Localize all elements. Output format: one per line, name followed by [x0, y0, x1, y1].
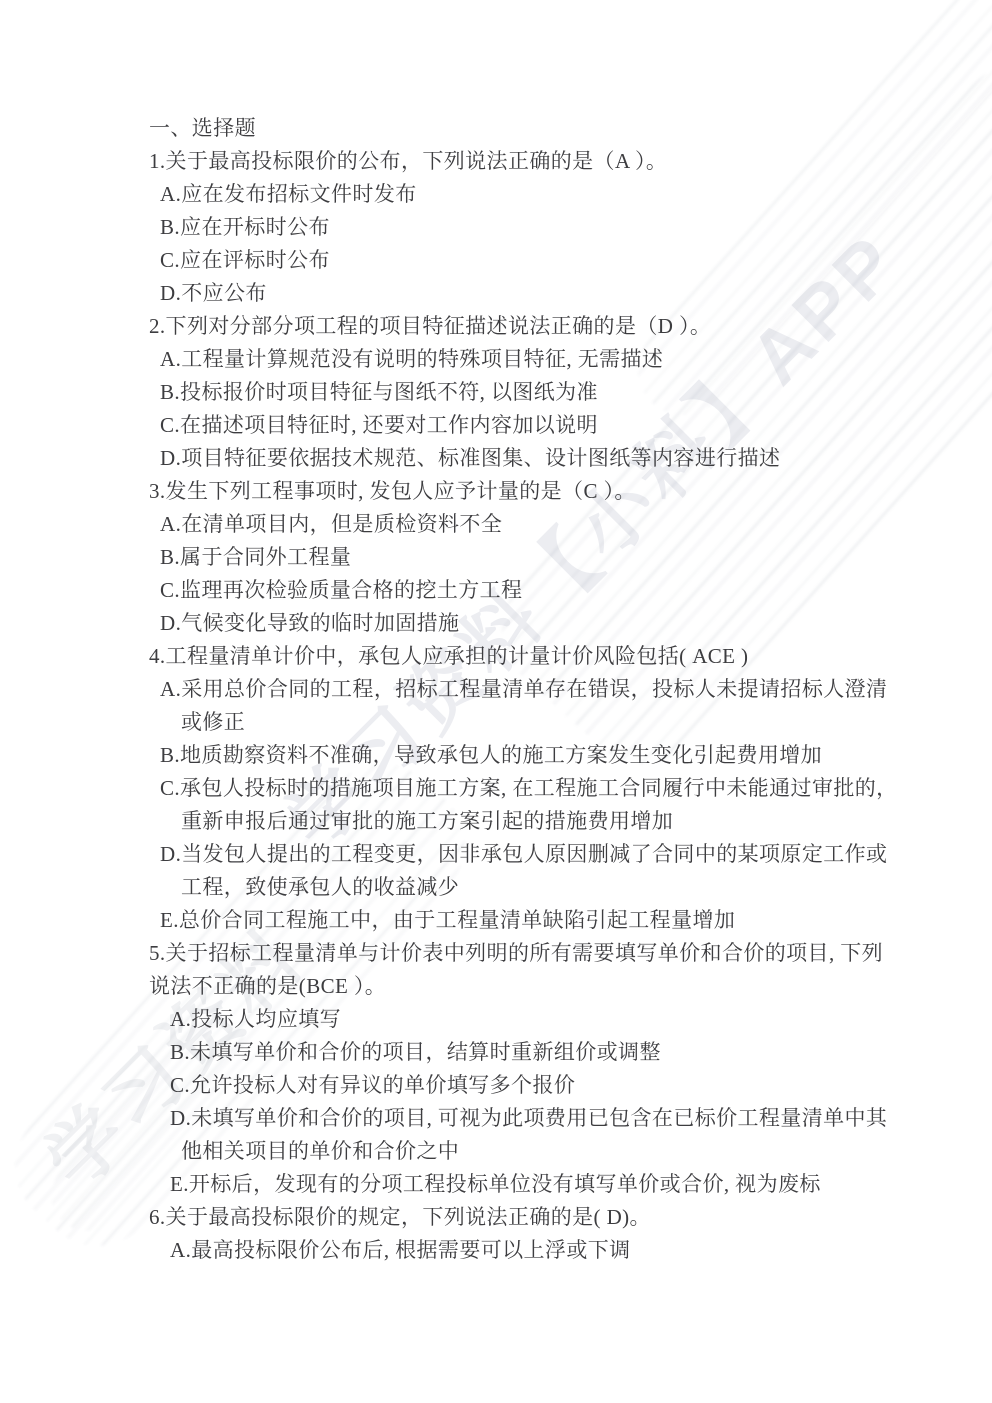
question-2-option-a: A.工程量计算规范没有说明的特殊项目特征, 无需描述: [149, 343, 898, 376]
question-4-option-c: C.承包人投标时的措施项目施工方案, 在工程施工合同履行中未能通过审批的，: [149, 772, 898, 805]
question-3-option-c: C.监理再次检验质量合格的挖土方工程: [149, 574, 898, 607]
question-2-option-c: C.在描述项目特征时, 还要对工作内容加以说明: [149, 409, 898, 442]
question-2-option-b: B.投标报价时项目特征与图纸不符, 以图纸为准: [149, 376, 898, 409]
question-4-stem: 4.工程量清单计价中，承包人应承担的计量计价风险包括( ACE ): [149, 640, 898, 673]
question-4-option-e: E.总价合同工程施工中，由于工程量清单缺陷引起工程量增加: [149, 904, 898, 937]
question-1-option-c: C.应在评标时公布: [149, 244, 898, 277]
question-6-option-a: A.最高投标限价公布后, 根据需要可以上浮或下调: [149, 1234, 898, 1267]
question-5-stem-cont: 说法不正确的是(BCE ）。: [149, 970, 898, 1003]
question-4-option-c-cont: 重新申报后通过审批的施工方案引起的措施费用增加: [149, 805, 898, 838]
question-6-stem: 6.关于最高投标限价的规定，下列说法正确的是( D)。: [149, 1201, 898, 1234]
question-3-option-a: A.在清单项目内，但是质检资料不全: [149, 508, 898, 541]
question-3-option-b: B.属于合同外工程量: [149, 541, 898, 574]
question-4-option-a: A.采用总价合同的工程，招标工程量清单存在错误，投标人未提请招标人澄清: [149, 673, 898, 706]
question-1-option-d: D.不应公布: [149, 277, 898, 310]
question-5-option-d: D.未填写单价和合价的项目, 可视为此项费用已包含在已标价工程量清单中其: [149, 1102, 898, 1135]
question-4-option-d: D.当发包人提出的工程变更，因非承包人原因删减了合同中的某项原定工作或: [149, 838, 898, 871]
question-1-option-b: B.应在开标时公布: [149, 211, 898, 244]
question-5-stem: 5.关于招标工程量清单与计价表中列明的所有需要填写单价和合价的项目, 下列: [149, 937, 898, 970]
question-5-option-a: A.投标人均应填写: [149, 1003, 898, 1036]
question-4-option-a-cont: 或修正: [149, 706, 898, 739]
question-3-stem: 3.发生下列工程事项时, 发包人应予计量的是（C ）。: [149, 475, 898, 508]
document-content: 一、选择题 1.关于最高投标限价的公布，下列说法正确的是（A ）。 A.应在发布…: [149, 112, 898, 1267]
document-page: 学习资料【小料】APP 学习资料 一、选择题 1.关于最高投标限价的公布，下列说…: [0, 0, 992, 1403]
question-3-option-d: D.气候变化导致的临时加固措施: [149, 607, 898, 640]
question-5-option-d-cont: 他相关项目的单价和合价之中: [149, 1135, 898, 1168]
question-5-option-e: E.开标后，发现有的分项工程投标单位没有填写单价或合价, 视为废标: [149, 1168, 898, 1201]
question-5-option-b: B.未填写单价和合价的项目，结算时重新组价或调整: [149, 1036, 898, 1069]
question-1-stem: 1.关于最高投标限价的公布，下列说法正确的是（A ）。: [149, 145, 898, 178]
section-title: 一、选择题: [149, 112, 898, 145]
question-1-option-a: A.应在发布招标文件时发布: [149, 178, 898, 211]
question-5-option-c: C.允许投标人对有异议的单价填写多个报价: [149, 1069, 898, 1102]
question-4-option-d-cont: 工程，致使承包人的收益减少: [149, 871, 898, 904]
question-2-option-d: D.项目特征要依据技术规范、标准图集、设计图纸等内容进行描述: [149, 442, 898, 475]
question-2-stem: 2.下列对分部分项工程的项目特征描述说法正确的是（D ）。: [149, 310, 898, 343]
question-4-option-b: B.地质勘察资料不准确，导致承包人的施工方案发生变化引起费用增加: [149, 739, 898, 772]
